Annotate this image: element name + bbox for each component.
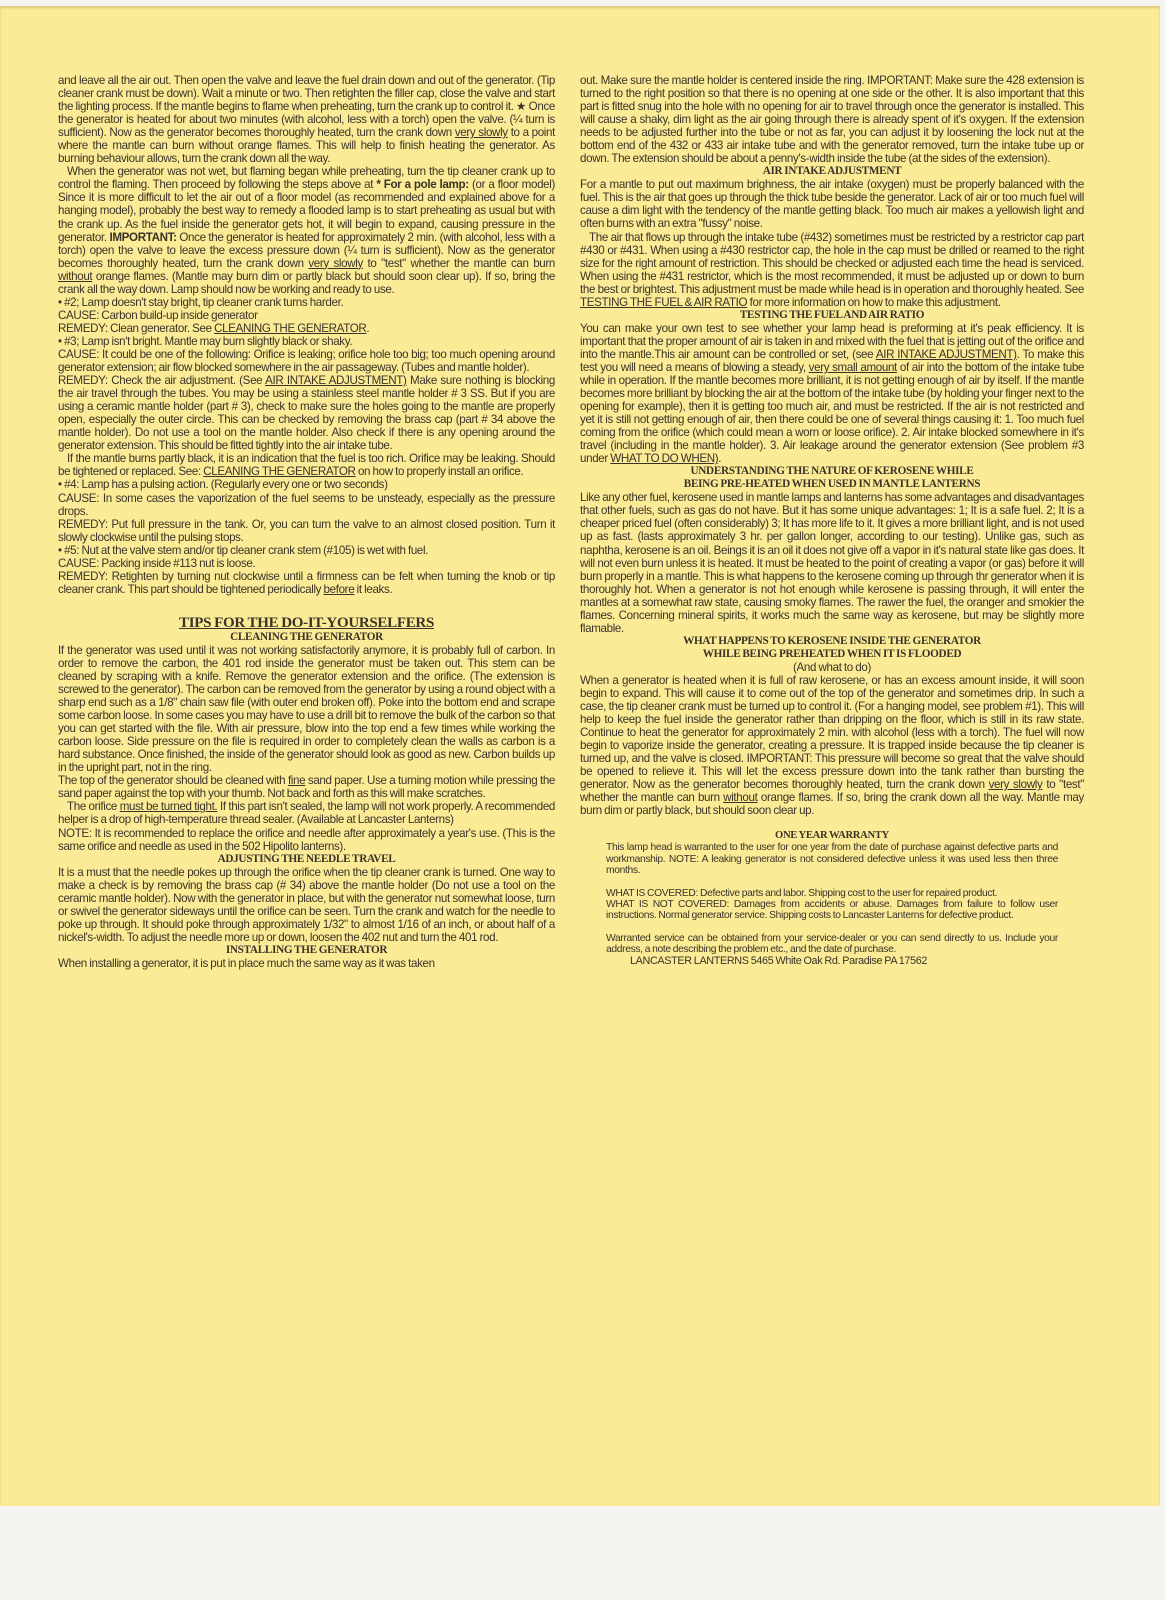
- problem-3-cause: CAUSE: It could be one of the following:…: [58, 348, 555, 374]
- right-column: out. Make sure the mantle holder is cent…: [580, 74, 1084, 967]
- flooded-heading-line-2: WHILE BEING PREHEATED WHEN IT IS FLOODED: [580, 648, 1084, 661]
- problem-5-remedy: REMEDY: Retighten by turning nut clockwi…: [58, 570, 555, 596]
- problem-3-remedy: REMEDY: Check the air adjustment. (See A…: [58, 374, 555, 452]
- warranty-covered: WHAT IS COVERED: Defective parts and lab…: [606, 888, 1058, 899]
- problem-3-title: • #3; Lamp isn't bright. Mantle may burn…: [58, 335, 555, 348]
- kerosene-paragraph: Like any other fuel, kerosene used in ma…: [580, 491, 1084, 635]
- cleaning-paragraph-3: The orifice must be turned tight. If thi…: [58, 800, 555, 826]
- flooded-heading-line-1: WHAT HAPPENS TO KEROSENE INSIDE THE GENE…: [580, 635, 1084, 648]
- install-paragraph: When installing a generator, it is put i…: [58, 957, 555, 970]
- flooded-paragraph: When a generator is heated when it is fu…: [580, 674, 1084, 818]
- tips-title: TIPS FOR THE DO-IT-YOURSELFERS: [58, 616, 555, 631]
- link-testing-ratio: TESTING THE FUEL & AIR RATIO: [580, 296, 747, 309]
- problem-3-extra: If the mantle burns partly black, it is …: [58, 452, 555, 478]
- left-column: and leave all the air out. Then open the…: [58, 74, 555, 970]
- air-intake-paragraph-1: For a mantle to put out maximum brighnes…: [580, 178, 1084, 230]
- company-address: LANCASTER LANTERNS 5465 White Oak Rd. Pa…: [606, 956, 1058, 967]
- needle-heading: ADJUSTING THE NEEDLE TRAVEL: [58, 853, 555, 866]
- warranty-section: ONE YEAR WARRANTY This lamp head is warr…: [606, 829, 1058, 967]
- cleaning-heading: CLEANING THE GENERATOR: [58, 631, 555, 644]
- problem-5-title: • #5: Nut at the valve stem and/or tip c…: [58, 544, 555, 557]
- link-cleaning-generator-2: CLEANING THE GENERATOR: [203, 465, 355, 478]
- cleaning-note: NOTE: It is recommended to replace the o…: [58, 827, 555, 853]
- flooded-subheading: (And what to do): [580, 661, 1084, 674]
- testing-heading: TESTING THE FUEL AND AIR RATIO: [580, 309, 1084, 322]
- problem-4-remedy: REMEDY: Put full pressure in the tank. O…: [58, 518, 555, 544]
- problem-2-title: • #2; Lamp doesn't stay bright, tip clea…: [58, 296, 555, 309]
- problem-5-cause: CAUSE: Packing inside #113 nut is loose.: [58, 557, 555, 570]
- needle-paragraph: It is a must that the needle pokes up th…: [58, 866, 555, 944]
- problem-2-cause: CAUSE: Carbon build-up inside generator: [58, 309, 555, 322]
- paragraph-intro: and leave all the air out. Then open the…: [58, 74, 555, 165]
- air-intake-paragraph-2: The air that flows up through the intake…: [580, 231, 1084, 309]
- warranty-heading: ONE YEAR WARRANTY: [606, 829, 1058, 842]
- link-cleaning-generator: CLEANING THE GENERATOR: [214, 322, 366, 335]
- warranty-terms: This lamp head is warranted to the user …: [606, 842, 1058, 876]
- warranty-not-covered: WHAT IS NOT COVERED: Damages from accide…: [606, 899, 1058, 922]
- testing-paragraph: You can make your own test to see whethe…: [580, 322, 1084, 466]
- cleaning-paragraph-1: If the generator was used until it was n…: [58, 644, 555, 774]
- install-continued: out. Make sure the mantle holder is cent…: [580, 74, 1084, 165]
- warranty-service: Warranted service can be obtained from y…: [606, 933, 1058, 956]
- link-air-intake: AIR INTAKE ADJUSTMENT): [265, 374, 406, 387]
- cleaning-paragraph-2: The top of the generator should be clean…: [58, 774, 555, 800]
- kerosene-heading-line-1: UNDERSTANDING THE NATURE OF KEROSENE WHI…: [580, 465, 1084, 478]
- air-intake-heading: AIR INTAKE ADJUSTMENT: [580, 165, 1084, 178]
- install-heading: INSTALLING THE GENERATOR: [58, 944, 555, 957]
- problem-4-title: • #4: Lamp has a pulsing action. (Regula…: [58, 478, 555, 491]
- link-air-intake-2: AIR INTAKE ADJUSTMENT): [876, 348, 1017, 361]
- link-what-to-do: WHAT TO DO WHEN): [610, 452, 718, 465]
- problem-4-cause: CAUSE: In some cases the vaporization of…: [58, 492, 555, 518]
- problem-2-remedy: REMEDY: Clean generator. See CLEANING TH…: [58, 322, 555, 335]
- kerosene-heading-line-2: BEING PRE-HEATED WHEN USED IN MANTLE LAN…: [580, 478, 1084, 491]
- document-page: and leave all the air out. Then open the…: [0, 6, 1160, 1506]
- paragraph-not-wet: When the generator was not wet, but flam…: [58, 165, 555, 295]
